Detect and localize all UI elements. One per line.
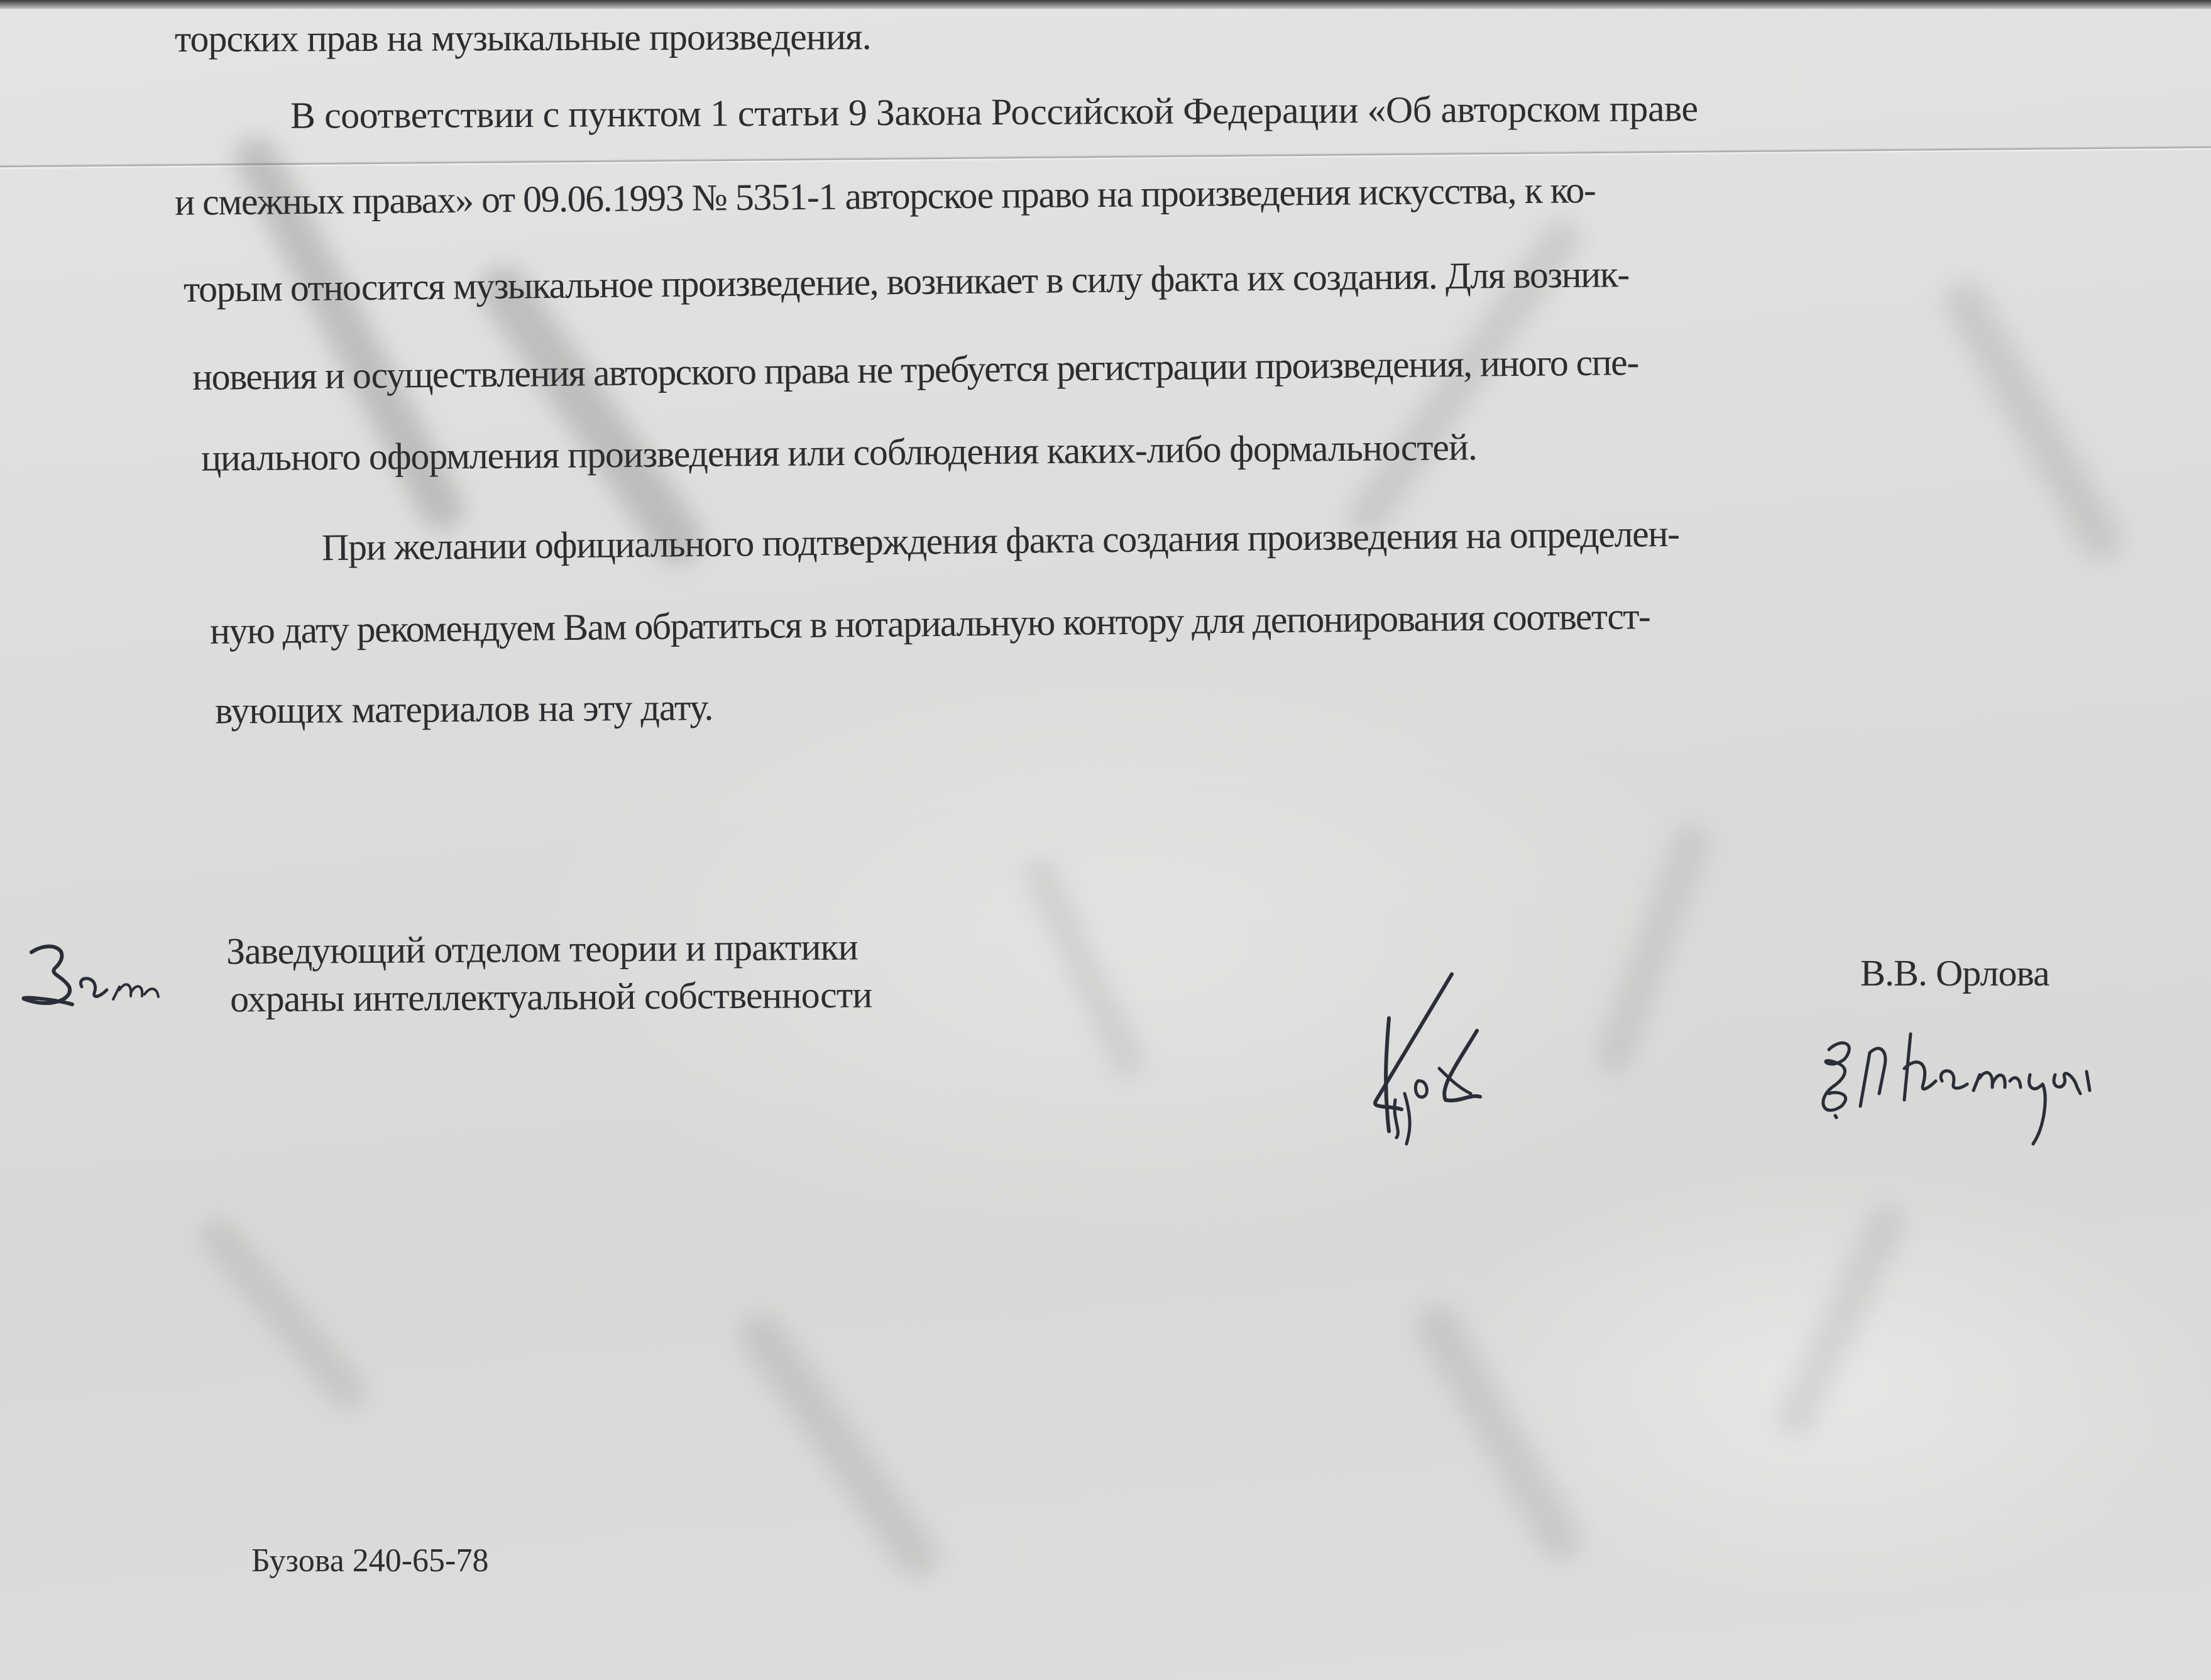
document-photo: торских прав на музыкальные произведения… xyxy=(0,0,2211,1680)
body-line: циального оформления произведения или со… xyxy=(201,428,1477,477)
shadow-stroke xyxy=(731,1304,947,1587)
handwritten-signature-2 xyxy=(1810,1031,2187,1169)
body-line: В соответствии с пунктом 1 статьи 9 Зако… xyxy=(290,89,1698,135)
body-line: При желании официального подтверждения ф… xyxy=(322,515,1679,567)
signature-scribble-icon xyxy=(1810,1031,2187,1169)
footer-contact-line: Бузова 240-65-78 xyxy=(0,1534,754,1596)
signature-scribble-icon xyxy=(1351,968,1590,1156)
position-title-line-1: Заведующий отделом теории и практики xyxy=(226,928,858,970)
shadow-stroke xyxy=(1771,1198,1911,1442)
handwritten-prefix-zam xyxy=(13,936,189,1024)
signatory-name: В.В. Орлова xyxy=(1860,954,2049,992)
contact-info: Бузова 240-65-78 xyxy=(251,1545,488,1578)
handwriting-zam-icon xyxy=(13,936,189,1024)
position-title-line-2: охраны интеллектуальной собственности xyxy=(230,975,872,1018)
handwritten-signature-1 xyxy=(1351,968,1590,1156)
body-line: и смежных правах» от 09.06.1993 № 5351-1… xyxy=(175,171,1596,221)
body-line: торым относится музыкальное произведение… xyxy=(184,255,1629,308)
shadow-stroke xyxy=(192,1210,374,1417)
shadow-stroke xyxy=(1408,1297,1591,1569)
body-line: торских прав на музыкальные произведения… xyxy=(175,18,871,58)
body-line: новения и осуществления авторского права… xyxy=(192,343,1638,396)
body-line: вующих материалов на эту дату. xyxy=(215,688,713,730)
body-line: ную дату рекомендуем Вам обратиться в но… xyxy=(210,597,1650,650)
letter-body: торских прав на музыкальные произведения… xyxy=(0,0,2211,786)
